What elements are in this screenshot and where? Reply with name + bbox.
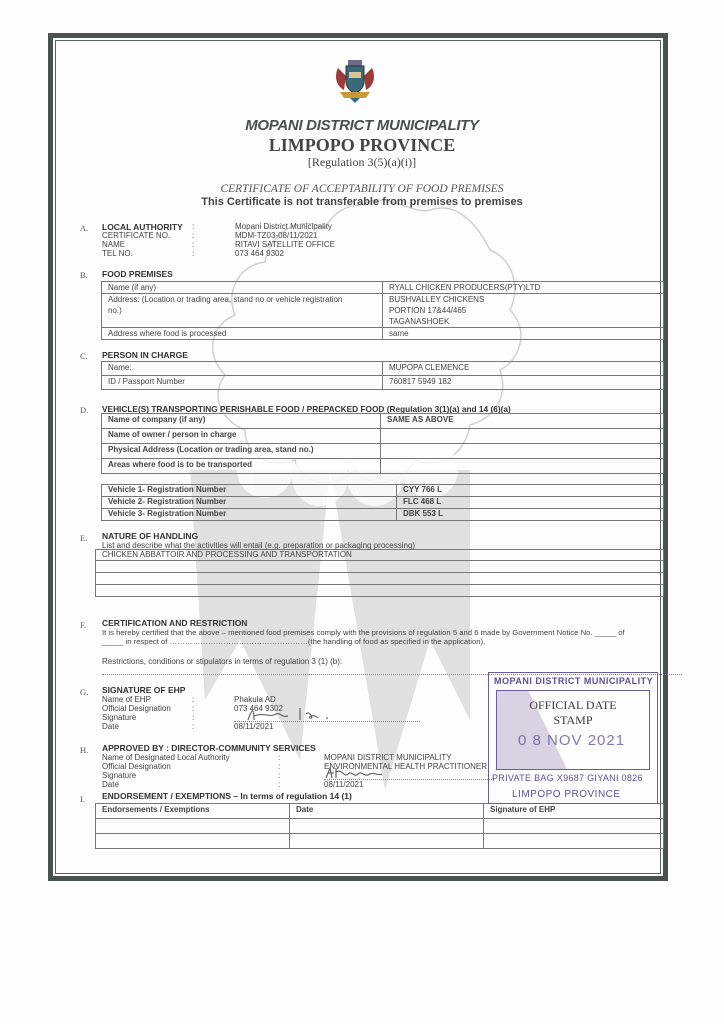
separator: : <box>278 753 280 762</box>
column-header-date: Date <box>290 804 484 819</box>
separator: : <box>192 713 194 722</box>
ehp-designation-label: Official Designation <box>102 704 171 713</box>
restrictions-label: Restrictions, conditions or stipulators … <box>102 657 342 666</box>
owner-label: Name of owner / person in charge <box>102 429 381 444</box>
transport-areas-label: Areas where food is to be transported <box>102 459 381 474</box>
handling-line <box>96 573 664 585</box>
section-g-heading: SIGNATURE OF EHP <box>102 685 185 695</box>
separator: : <box>192 231 194 240</box>
section-d-letter: D. <box>80 405 88 415</box>
company-name-label: Name of company (if any) <box>102 414 381 429</box>
table-row <box>96 585 664 597</box>
label-line: Address: (Location or trading area, stan… <box>108 294 376 305</box>
section-e-heading: NATURE OF HANDLING <box>102 531 198 541</box>
table-row <box>96 561 664 573</box>
tel-no-value: 073 464 9302 <box>235 249 284 258</box>
ehp-signature-label: Signature <box>102 713 136 722</box>
endorsements-table: Endorsements / Exemptions Date Signature… <box>95 803 664 849</box>
table-row: Address: (Location or trading area, stan… <box>102 294 664 328</box>
ehp-date-value: 08/11/2021 <box>234 722 273 731</box>
physical-address-label: Physical Address (Location or trading ar… <box>102 444 381 459</box>
separator: : <box>192 722 194 731</box>
table-row: Address where food is processed same <box>102 328 664 340</box>
approver-signature <box>324 766 384 780</box>
premises-name-label: Name (if any) <box>102 282 383 294</box>
stamp-date: 0 8 NOV 2021 <box>518 732 625 749</box>
label-line: no.) <box>108 305 376 316</box>
table-row: Name of owner / person in charge <box>102 429 664 444</box>
premises-address-value: BUSHVALLEY CHICKENSPORTION 17&44/465TAGA… <box>383 294 664 328</box>
section-h-letter: H. <box>80 745 88 755</box>
vehicle-3-label: Vehicle 3- Registration Number <box>102 509 397 521</box>
ehp-date-label: Date <box>102 722 119 731</box>
tel-no-label: TEL NO. <box>102 249 133 258</box>
table-row: ID / Passport Number 760817 5949 182 <box>102 376 664 390</box>
table-row: Name: MUPOPA CLEMENCE <box>102 362 664 376</box>
section-i-letter: I. <box>80 794 85 804</box>
company-name-value: SAME AS ABOVE <box>381 414 664 429</box>
certificate-no-label: CERTIFICATE NO. <box>102 231 170 240</box>
person-name-label: Name: <box>102 362 383 376</box>
vehicle-transport-table: Name of company (if any) SAME AS ABOVE N… <box>101 413 664 474</box>
separator: : <box>192 704 194 713</box>
separator: : <box>192 240 194 249</box>
approval-date-label: Date <box>102 780 119 789</box>
stamp-address: PRIVATE BAG X9687 GIYANI 0826 <box>492 773 643 783</box>
section-b-letter: B. <box>80 270 88 280</box>
certificate-title: CERTIFICATE OF ACCEPTABILITY OF FOOD PRE… <box>0 183 724 195</box>
ehp-name-value: Phakula AD <box>234 695 276 704</box>
province-title: LIMPOPO PROVINCE <box>0 135 724 156</box>
section-c-letter: C. <box>80 351 88 361</box>
ehp-name-label: Name of EHP <box>102 695 151 704</box>
section-g-letter: G. <box>80 687 88 697</box>
table-row <box>96 573 664 585</box>
premises-name-value: RYALL CHICKEN PRODUCERS(PTY)LTD <box>383 282 664 294</box>
separator: : <box>278 771 280 780</box>
date-cell <box>290 819 484 834</box>
certification-text-line-2: _____ in respect of ………………………………………………(t… <box>102 637 485 646</box>
local-authority-value: Mopani District Municipality <box>235 222 332 231</box>
section-b-heading: FOOD PREMISES <box>102 269 173 279</box>
vehicle-2-registration: FLC 468 L <box>397 497 664 509</box>
handling-line <box>96 561 664 573</box>
table-row: Vehicle 2- Registration Number FLC 468 L <box>102 497 664 509</box>
signature-cell <box>484 834 664 849</box>
endorsement-cell <box>96 834 290 849</box>
separator: : <box>278 780 280 789</box>
vehicle-2-label: Vehicle 2- Registration Number <box>102 497 397 509</box>
separator: : <box>192 222 194 231</box>
vehicle-1-registration: CYY 766 L <box>397 485 664 497</box>
person-in-charge-table: Name: MUPOPA CLEMENCE ID / Passport Numb… <box>101 361 664 390</box>
separator: : <box>278 762 280 771</box>
signature-cell <box>484 819 664 834</box>
certificate-subtitle: This Certificate is not transferable fro… <box>0 196 724 208</box>
table-row <box>96 834 664 849</box>
section-h-heading: APPROVED BY : DIRECTOR-COMMUNITY SERVICE… <box>102 743 316 753</box>
separator: : <box>192 695 194 704</box>
municipality-title: MOPANI DISTRICT MUNICIPALITY <box>0 117 724 134</box>
coat-of-arms-icon <box>330 54 380 104</box>
stamp-province: LIMPOPO PROVINCE <box>512 789 621 800</box>
official-designation-label: Official Designation <box>102 762 171 771</box>
stamp-label-line-1: OFFICIAL DATE <box>488 698 658 713</box>
processing-address-value: same <box>383 328 664 340</box>
name-label: NAME <box>102 240 125 249</box>
official-date-stamp: MOPANI DISTRICT MUNICIPALITY OFFICIAL DA… <box>488 672 658 806</box>
transport-areas-value <box>381 459 664 474</box>
date-cell <box>290 834 484 849</box>
id-number-label: ID / Passport Number <box>102 376 383 390</box>
table-row: CHICKEN ABBATTOIR AND PROCESSING AND TRA… <box>96 550 664 561</box>
premises-address-label: Address: (Location or trading area, stan… <box>102 294 383 328</box>
person-name-value: MUPOPA CLEMENCE <box>383 362 664 376</box>
column-header-endorsements: Endorsements / Exemptions <box>96 804 290 819</box>
table-row: Physical Address (Location or trading ar… <box>102 444 664 459</box>
table-row: Areas where food is to be transported <box>102 459 664 474</box>
certificate-no-value: MDM-TZ03-08/11/2021 <box>235 231 318 240</box>
table-row: Name of company (if any) SAME AS ABOVE <box>102 414 664 429</box>
vehicle-3-registration: DBK 553 L <box>397 509 664 521</box>
separator: : <box>192 249 194 258</box>
section-f-heading: CERTIFICATION AND RESTRICTION <box>102 618 247 628</box>
certification-text-line-1: It is hereby certified that the above – … <box>102 628 625 637</box>
vehicle-registration-table: Vehicle 1- Registration Number CYY 766 L… <box>101 484 664 521</box>
address-line: TAGANASHOEK <box>389 316 657 327</box>
handling-table: CHICKEN ABBATTOIR AND PROCESSING AND TRA… <box>95 549 664 597</box>
ehp-signature <box>244 704 334 724</box>
table-row <box>96 819 664 834</box>
physical-address-value <box>381 444 664 459</box>
section-f-letter: F. <box>80 620 86 630</box>
handling-line: CHICKEN ABBATTOIR AND PROCESSING AND TRA… <box>96 550 664 561</box>
owner-value <box>381 429 664 444</box>
table-row: Name (if any) RYALL CHICKEN PRODUCERS(PT… <box>102 282 664 294</box>
vehicle-1-label: Vehicle 1- Registration Number <box>102 485 397 497</box>
id-number-value: 760817 5949 182 <box>383 376 664 390</box>
name-value: RITAVI SATELLITE OFFICE <box>235 240 335 249</box>
approval-date-value: 08/11/2021 <box>324 780 363 789</box>
table-row: Vehicle 3- Registration Number DBK 553 L <box>102 509 664 521</box>
regulation-reference: [Regulation 3(5)(a)(i)] <box>0 155 724 170</box>
stamp-label-line-2: STAMP <box>488 713 658 728</box>
authority-name-label: Name of Designated Local Authority <box>102 753 230 762</box>
stamp-municipality: MOPANI DISTRICT MUNICIPALITY <box>494 676 653 686</box>
section-a-letter: A. <box>80 223 88 233</box>
section-e-letter: E. <box>80 533 87 543</box>
handling-line <box>96 585 664 597</box>
food-premises-table: Name (if any) RYALL CHICKEN PRODUCERS(PT… <box>101 281 664 340</box>
processing-address-label: Address where food is processed <box>102 328 383 340</box>
section-i-heading: ENDORSEMENT / EXEMPTIONS – In terms of r… <box>102 791 352 801</box>
endorsement-cell <box>96 819 290 834</box>
approver-signature-label: Signature <box>102 771 136 780</box>
section-c-heading: PERSON IN CHARGE <box>102 350 188 360</box>
table-row: Vehicle 1- Registration Number CYY 766 L <box>102 485 664 497</box>
address-line: BUSHVALLEY CHICKENS <box>389 294 657 305</box>
address-line: PORTION 17&44/465 <box>389 305 657 316</box>
authority-name-value: MOPANI DISTRICT MUNICIPALITY <box>324 753 452 762</box>
